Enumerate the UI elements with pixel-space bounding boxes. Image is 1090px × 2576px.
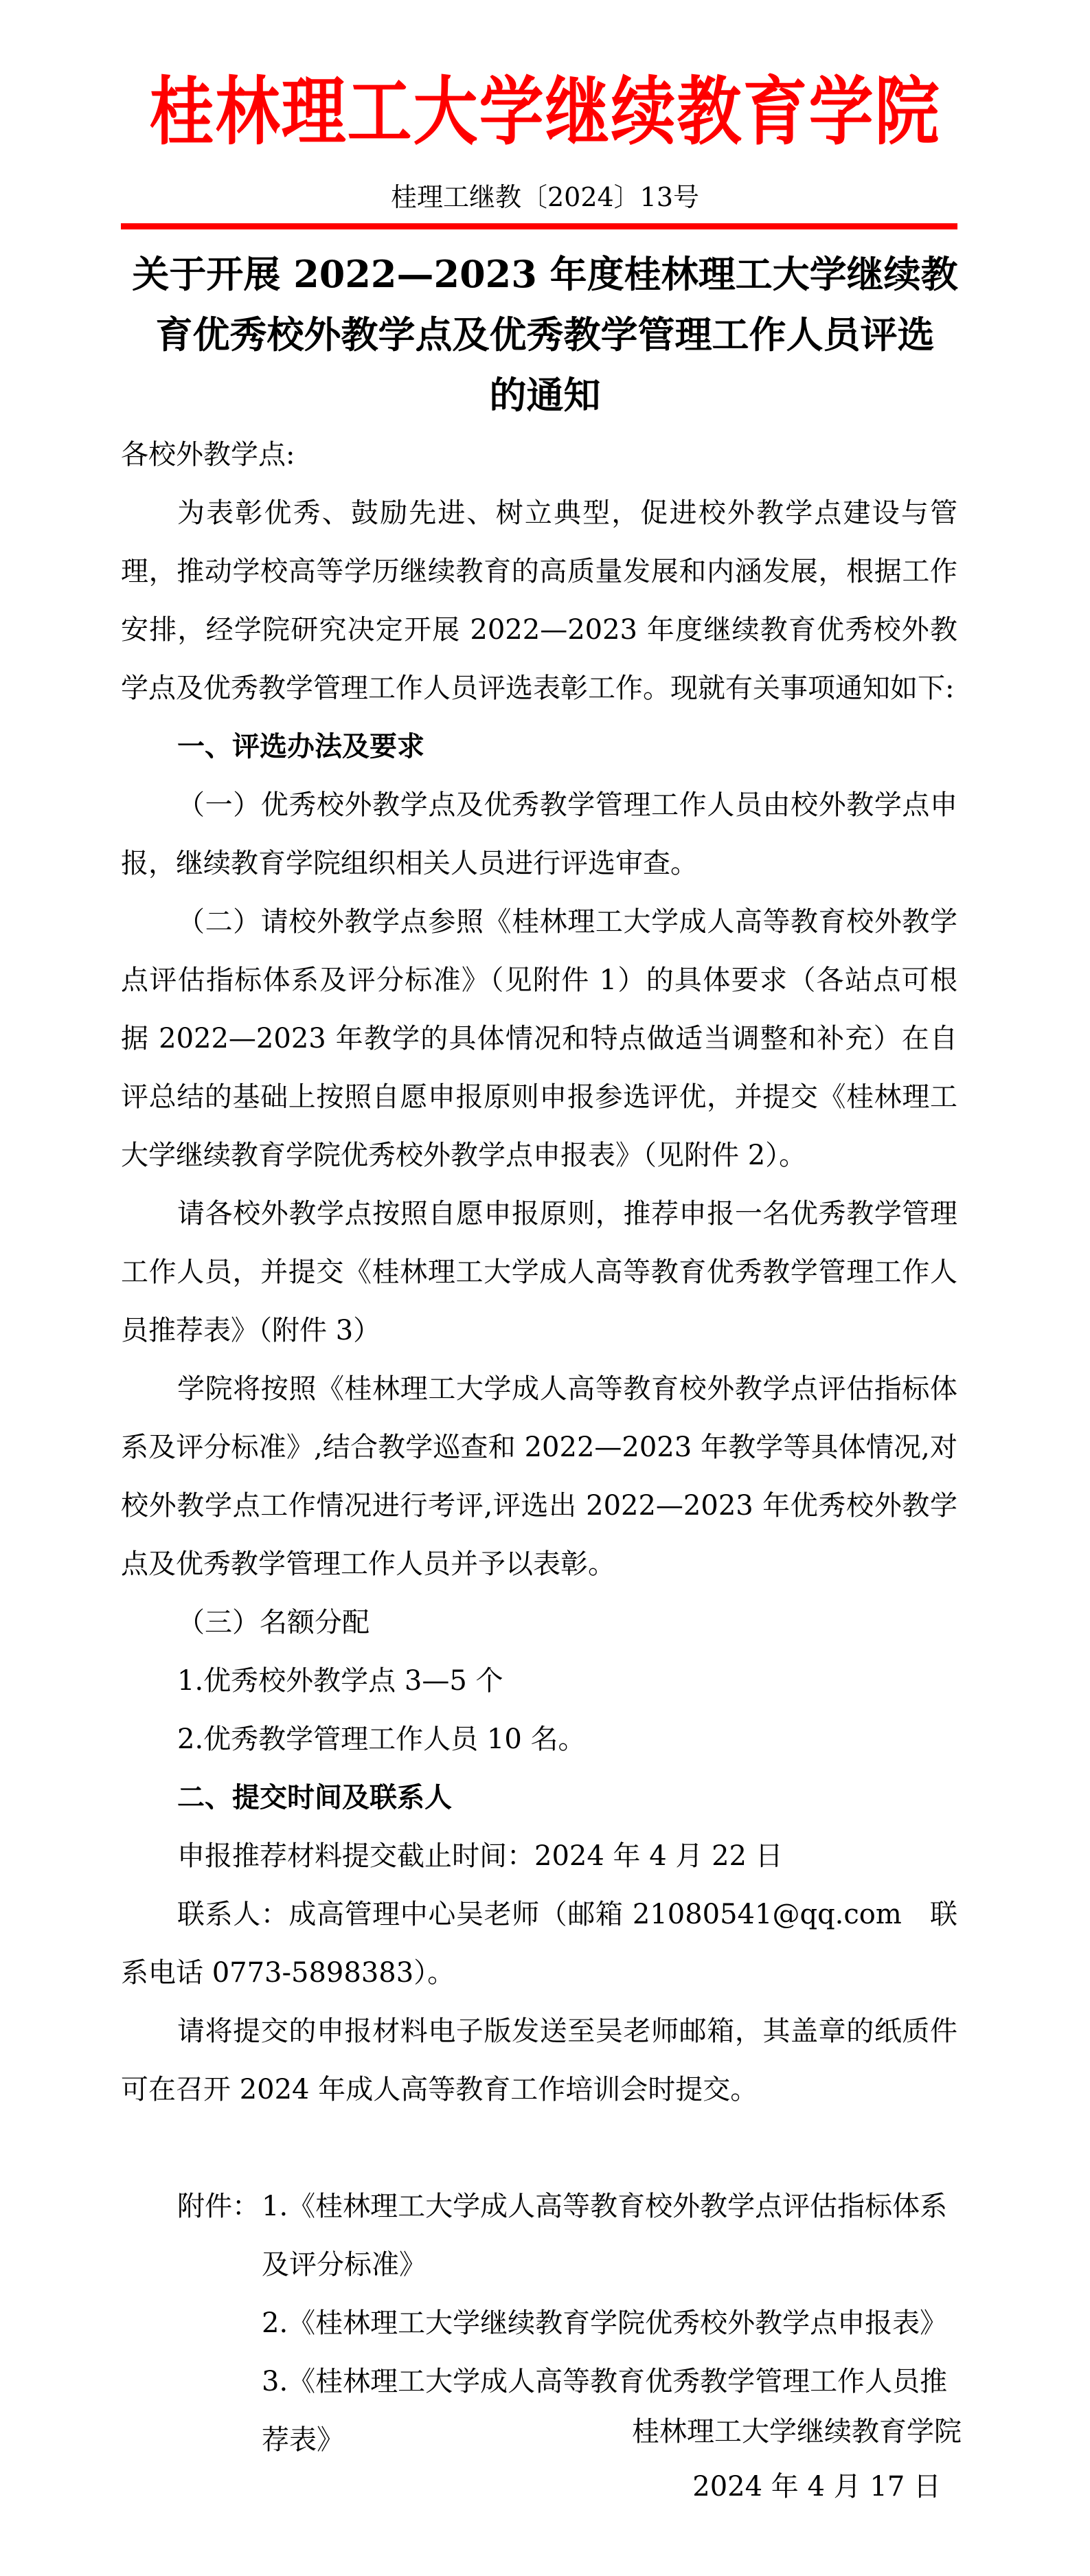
document-page: 桂林理工大学继续教育学院 桂理工继教〔2024〕13号 关于开展 2022—20…	[0, 0, 1090, 2576]
notice-body: 各校外教学点: 为表彰优秀、鼓励先进、树立典型，促进校外教学点建设与管理，推动学…	[121, 426, 957, 2470]
item-1-paragraph: （一）优秀校外教学点及优秀教学管理工作人员由校外教学点申报，继续教育学院组织相关…	[121, 776, 957, 893]
section-heading-2: 二、提交时间及联系人	[121, 1769, 957, 1827]
title-line: 关于开展 2022—2023 年度桂林理工大学继续教	[110, 244, 980, 304]
contact-paragraph: 联系人：成高管理中心吴老师（邮箱 21080541@qq.com 联系电话 07…	[121, 1886, 957, 2002]
notice-title: 关于开展 2022—2023 年度桂林理工大学继续教 育优秀校外教学点及优秀教学…	[110, 244, 980, 425]
intro-paragraph: 为表彰优秀、鼓励先进、树立典型，促进校外教学点建设与管理，推动学校高等学历继续教…	[121, 484, 957, 718]
deadline-line: 申报推荐材料提交截止时间：2024 年 4 月 22 日	[121, 1827, 957, 1886]
document-number: 桂理工继教〔2024〕13号	[0, 180, 1090, 214]
recommend-paragraph: 请各校外教学点按照自愿申报原则，推荐申报一名优秀教学管理工作人员，并提交《桂林理…	[121, 1185, 957, 1360]
signature-date: 2024 年 4 月 17 日	[604, 2459, 962, 2514]
salutation: 各校外教学点:	[121, 426, 957, 484]
submission-paragraph: 请将提交的申报材料电子版发送至吴老师邮箱，其盖章的纸质件可在召开 2024 年成…	[121, 2002, 957, 2119]
signature-organization: 桂林理工大学继续教育学院	[604, 2404, 962, 2459]
quota-item: 2.优秀教学管理工作人员 10 名。	[121, 1710, 957, 1769]
item-3-heading: （三）名额分配	[121, 1594, 957, 1652]
quota-item: 1.优秀校外教学点 3—5 个	[121, 1652, 957, 1710]
title-line: 育优秀校外教学点及优秀教学管理工作人员评选	[110, 304, 980, 365]
attachment-item: 2.《桂林理工大学继续教育学院优秀校外教学点申报表》	[262, 2294, 957, 2353]
review-paragraph: 学院将按照《桂林理工大学成人高等教育校外教学点评估指标体系及评分标准》,结合教学…	[121, 1360, 957, 1594]
red-divider	[121, 223, 957, 229]
title-line: 的通知	[110, 365, 980, 425]
signature-block: 桂林理工大学继续教育学院 2024 年 4 月 17 日	[604, 2404, 962, 2514]
attachment-item: 1.《桂林理工大学成人高等教育校外教学点评估指标体系及评分标准》	[262, 2178, 957, 2294]
item-2-paragraph: （二）请校外教学点参照《桂林理工大学成人高等教育校外教学点评估指标体系及评分标准…	[121, 893, 957, 1185]
section-heading-1: 一、评选办法及要求	[121, 718, 957, 776]
attachments-label: 附件：	[121, 2178, 262, 2470]
issuer-header: 桂林理工大学继续教育学院	[103, 69, 987, 156]
